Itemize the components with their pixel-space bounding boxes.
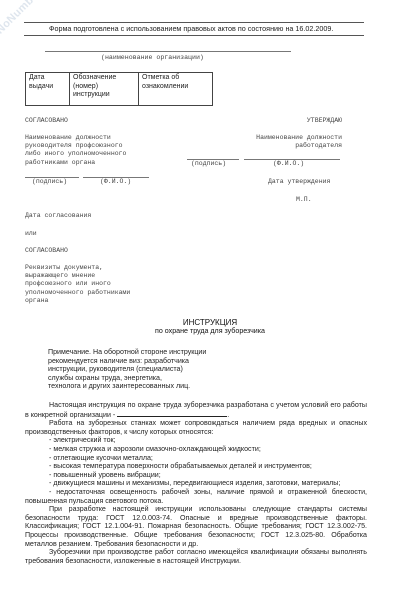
union-position-block: Наименование должности руководителя проф…: [25, 134, 126, 167]
form-notice-band: Форма подготовлена с использованием прав…: [24, 22, 364, 36]
approval-date-label: Дата утверждения: [268, 178, 330, 186]
factor-item: - мелкая стружка и аэрозоли смазочно-охл…: [25, 445, 367, 454]
form-notice: Форма подготовлена с использованием прав…: [49, 23, 333, 34]
or-label: или: [25, 230, 37, 238]
organization-caption: (наименование организации): [101, 54, 204, 61]
factor-item: - отлетающие кусочки металла;: [25, 454, 367, 463]
factor-item: - электрический ток;: [25, 436, 367, 445]
stamp-label: М.П.: [296, 196, 312, 204]
duty-paragraph: Зуборезчики при производстве работ согла…: [25, 548, 367, 565]
issue-date-cell: Дата выдачи: [26, 73, 70, 106]
organization-blank: [117, 410, 227, 417]
factors-intro-paragraph: Работа на зуборезных станках может сопро…: [25, 419, 367, 436]
union-fio-caption: (Ф.И.О.): [100, 178, 131, 186]
factor-item: - движущиеся машины и механизмы, передви…: [25, 479, 367, 488]
organization-name-line: [45, 51, 291, 52]
table-row: Дата выдачи Обозначение (номер) инструкц…: [26, 73, 213, 106]
standards-paragraph: При разработке настоящей инструкции испо…: [25, 505, 367, 548]
requisites-block: Реквизиты документа, выражающего мнение …: [25, 264, 130, 305]
agreed-label-2: СОГЛАСОВАНО: [25, 247, 68, 255]
approve-label: УТВЕРЖДАЮ: [286, 117, 342, 125]
employer-fio-caption: (Ф.И.О.): [273, 160, 304, 168]
agreed-label: СОГЛАСОВАНО: [25, 117, 68, 125]
issue-table: Дата выдачи Обозначение (номер) инструкц…: [25, 72, 213, 106]
factor-item: - высокая температура поверхности обраба…: [25, 462, 367, 471]
intro-paragraph: Настоящая инструкция по охране труда зуб…: [25, 401, 367, 419]
union-signature-caption: (подпись): [32, 178, 67, 186]
instruction-number-cell: Обозначение (номер) инструкции: [70, 73, 139, 106]
note-block: Примечание. На оборотной стороне инструк…: [48, 348, 206, 391]
document-page: NoNumber.ru Форма подготовлена с использ…: [0, 0, 420, 600]
acknowledgement-cell: Отметка об ознакомлении: [139, 73, 213, 106]
employer-signature-caption: (подпись): [191, 160, 226, 168]
document-title: ИНСТРУКЦИЯ: [0, 318, 420, 327]
employer-position-block: Наименование должности работодателя: [230, 134, 342, 150]
agreement-date-label: Дата согласования: [25, 212, 91, 220]
document-subtitle: по охране труда для зуборезчика: [0, 327, 420, 335]
factor-item-last: - недостаточная освещенность рабочей зон…: [25, 488, 367, 505]
factor-item: - повышенный уровень вибрации;: [25, 471, 367, 480]
instruction-body: Настоящая инструкция по охране труда зуб…: [25, 401, 367, 565]
